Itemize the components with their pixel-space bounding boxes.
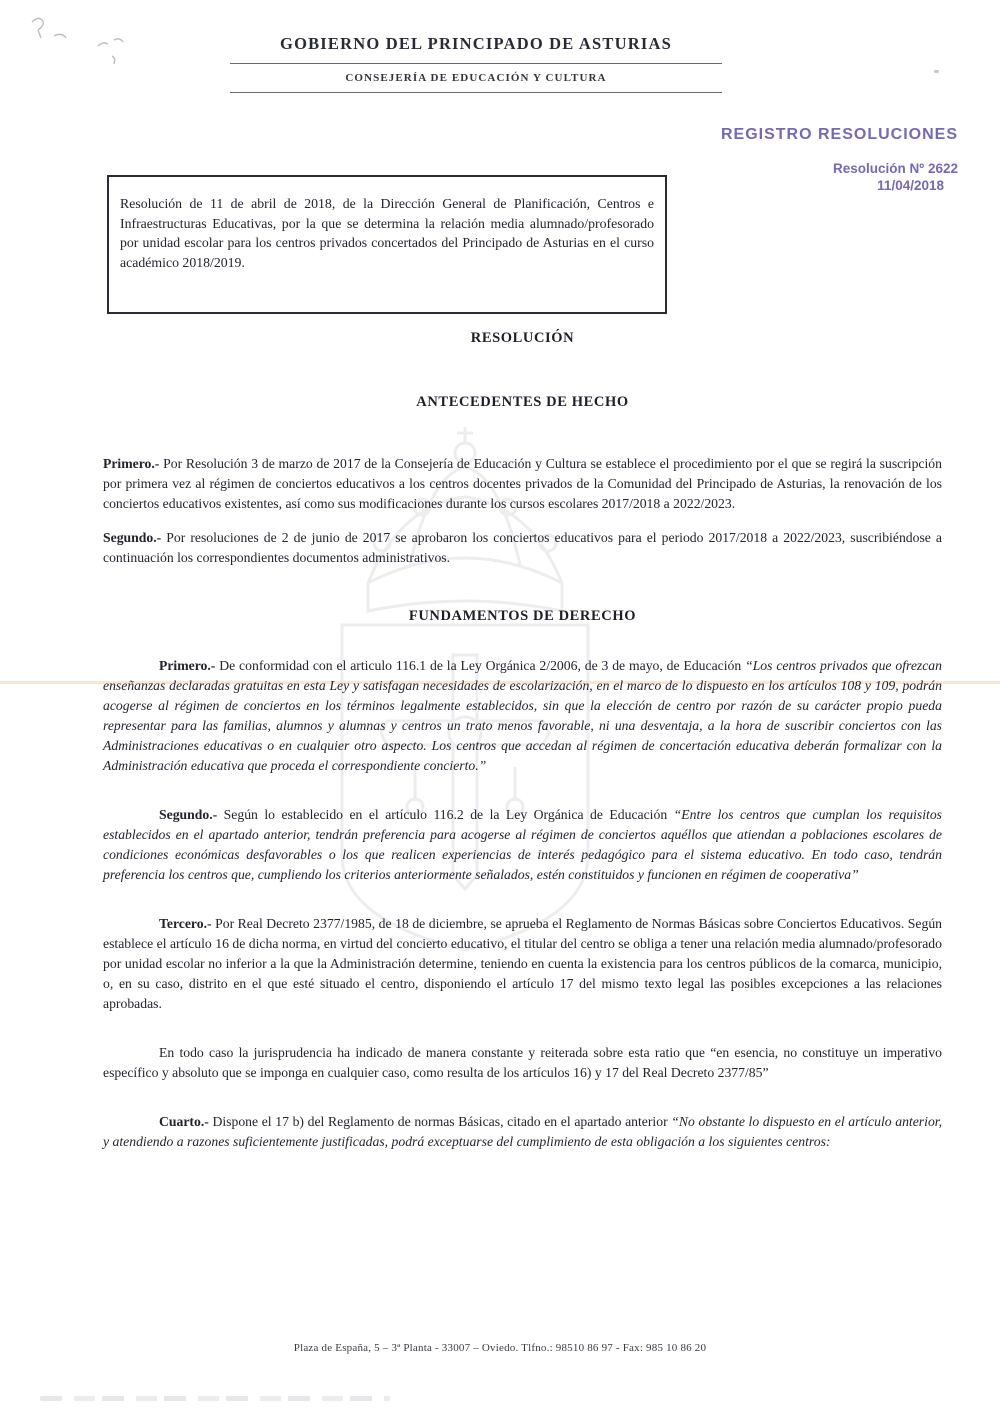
paragraph-text: Por resoluciones de 2 de junio de 2017 s… xyxy=(103,530,942,565)
legal-quote: “Los centros privados que ofrezcan enseñ… xyxy=(103,658,942,773)
antecedentes-paragraph-primero: Primero.-Por Resolución 3 de marzo de 20… xyxy=(103,454,942,514)
footer-address: Plaza de España, 5 – 3ª Planta - 33007 –… xyxy=(294,1342,706,1354)
scan-speck xyxy=(934,70,939,73)
stamp-resolution-number: Resolución Nº 2622 xyxy=(721,161,958,176)
paragraph-lead: Primero.- xyxy=(159,658,219,673)
resolution-summary-text: Resolución de 11 de abril de 2018, de la… xyxy=(120,196,654,270)
heading-resolucion: RESOLUCIÓN xyxy=(103,330,942,347)
paragraph-lead: Tercero.- xyxy=(159,916,215,931)
letterhead-divider-top xyxy=(230,63,722,64)
fundamentos-paragraph-tercero: Tercero.-Por Real Decreto 2377/1985, de … xyxy=(103,914,942,1014)
paragraph-text: En todo caso la jurisprudencia ha indica… xyxy=(103,1045,942,1080)
paragraph-lead: Primero.- xyxy=(103,456,163,471)
paragraph-lead: Cuarto.- xyxy=(159,1114,212,1129)
letterhead-divider-bottom xyxy=(230,92,722,93)
heading-fundamentos: FUNDAMENTOS DE DERECHO xyxy=(103,608,942,625)
fundamentos-paragraph-jurisprudencia: En todo caso la jurisprudencia ha indica… xyxy=(103,1043,942,1083)
paragraph-text: Según lo establecido en el artículo 116.… xyxy=(224,807,674,822)
paragraph-text: De conformidad con el articulo 116.1 de … xyxy=(219,658,745,673)
pencil-marks xyxy=(24,8,154,68)
paragraph-text: Por Resolución 3 de marzo de 2017 de la … xyxy=(103,456,942,511)
registry-stamp: REGISTRO RESOLUCIONES Resolución Nº 2622… xyxy=(721,126,958,193)
fundamentos-paragraph-cuarto: Cuarto.-Dispone el 17 b) del Reglamento … xyxy=(103,1112,942,1152)
paragraph-lead: Segundo.- xyxy=(103,530,166,545)
paragraph-lead: Segundo.- xyxy=(159,807,224,822)
fundamentos-paragraph-primero: Primero.-De conformidad con el articulo … xyxy=(103,656,942,776)
government-title: GOBIERNO DEL PRINCIPADO DE ASTURIAS xyxy=(230,34,722,54)
stamp-date: 11/04/2018 xyxy=(721,178,958,193)
document-body: RESOLUCIÓN ANTECEDENTES DE HECHO Primero… xyxy=(103,330,942,1152)
document-page: GOBIERNO DEL PRINCIPADO DE ASTURIAS CONS… xyxy=(0,0,1000,1414)
scan-artifact-text xyxy=(40,1396,390,1401)
letterhead: GOBIERNO DEL PRINCIPADO DE ASTURIAS CONS… xyxy=(230,34,722,93)
paragraph-text: Por Real Decreto 2377/1985, de 18 de dic… xyxy=(103,916,942,1011)
antecedentes-paragraph-segundo: Segundo.-Por resoluciones de 2 de junio … xyxy=(103,528,942,568)
resolution-summary-box: Resolución de 11 de abril de 2018, de la… xyxy=(107,175,667,314)
footer: Plaza de España, 5 – 3ª Planta - 33007 –… xyxy=(0,1342,1000,1354)
heading-antecedentes: ANTECEDENTES DE HECHO xyxy=(103,394,942,411)
department-title: CONSEJERÍA DE EDUCACIÓN Y CULTURA xyxy=(230,72,722,84)
fundamentos-paragraph-segundo: Segundo.-Según lo establecido en el artí… xyxy=(103,805,942,885)
paragraph-text: Dispone el 17 b) del Reglamento de norma… xyxy=(212,1114,671,1129)
stamp-registry-label: REGISTRO RESOLUCIONES xyxy=(721,126,958,144)
